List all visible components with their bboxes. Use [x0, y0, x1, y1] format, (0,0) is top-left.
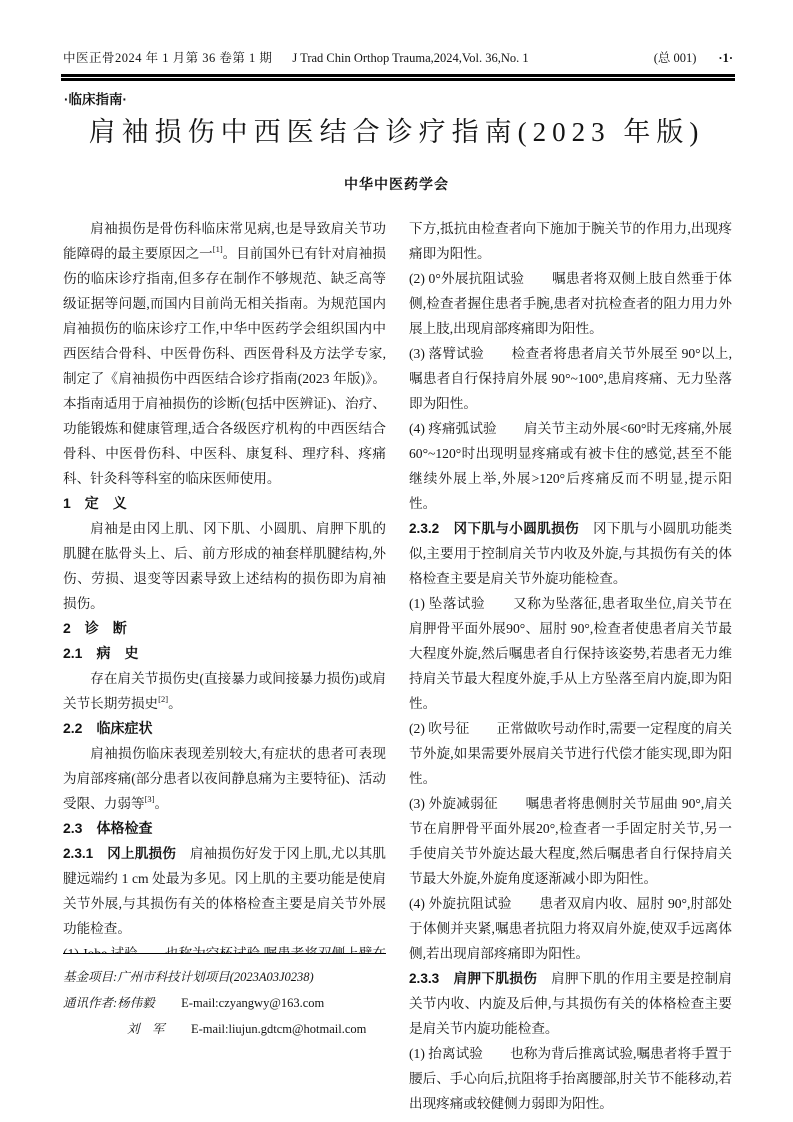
corresponding-author-2-email: E-mail:liujun.gdtcm@hotmail.com: [191, 1022, 366, 1036]
external-rotation-resistance-paragraph: (4) 外旋抗阻试验 患者双肩内收、屈肘 90°,肘部处于体侧并夹紧,嘱患者抗阻…: [409, 891, 732, 966]
infraspinatus-paragraph: 2.3.2 冈下肌与小圆肌损伤 冈下肌与小圆肌功能类似,主要用于控制肩关节内收及…: [409, 516, 732, 591]
subscapularis-heading: 2.3.3 肩胛下肌损伤: [409, 971, 537, 986]
symptoms-text-2: 。: [154, 796, 168, 811]
symptoms-paragraph: 肩袖损伤临床表现差别较大,有症状的患者可表现为肩部疼痛(部分患者以夜间静息痛为主…: [63, 741, 386, 816]
corresponding-label: 通讯作者:: [63, 996, 117, 1010]
section-heading-physical-exam: 2.3 体格检查: [63, 816, 386, 841]
abduction-resistance-test-paragraph: (2) 0°外展抗阻试验 嘱患者将双侧上肢自然垂于体侧,检查者握住患者手腕,患者…: [409, 266, 732, 341]
article-title: 肩袖损伤中西医结合诊疗指南(2023 年版): [0, 110, 793, 149]
page-number: ·1·: [718, 51, 733, 66]
page-header: 中医正骨2024 年 1 月第 36 卷第 1 期 J Trad Chin Or…: [63, 48, 733, 66]
header-right-group: (总 001) ·1·: [654, 48, 733, 66]
infraspinatus-heading: 2.3.2 冈下肌与小圆肌损伤: [409, 521, 579, 536]
painful-arc-test-paragraph: (4) 疼痛弧试验 肩关节主动外展<60°时无疼痛,外展 60°~120°时出现…: [409, 416, 732, 516]
symptoms-text-1: 肩袖损伤临床表现差别较大,有症状的患者可表现为肩部疼痛(部分患者以夜间静息痛为主…: [63, 746, 386, 811]
section-heading-history: 2.1 病 史: [63, 641, 386, 666]
section-heading-symptoms: 2.2 临床症状: [63, 716, 386, 741]
history-text-1: 存在肩关节损伤史(直接暴力或间接暴力损伤)或肩关节长期劳损史: [63, 671, 386, 711]
corresponding-author-2-name: 刘 军: [127, 1016, 191, 1042]
history-paragraph: 存在肩关节损伤史(直接暴力或间接暴力损伤)或肩关节长期劳损史[2]。: [63, 666, 386, 716]
journal-page: 中医正骨2024 年 1 月第 36 卷第 1 期 J Trad Chin Or…: [0, 0, 793, 1122]
corresponding-author-1-email: E-mail:czyangwy@163.com: [181, 996, 324, 1010]
column-category-label: ·临床指南·: [64, 88, 127, 108]
corresponding-author-line-2: 刘 军E-mail:liujun.gdtcm@hotmail.com: [63, 1016, 386, 1042]
external-rotation-lag-paragraph: (3) 外旋减弱征 嘱患者将患侧肘关节屈曲 90°,肩关节在肩胛骨平面外展20°…: [409, 791, 732, 891]
header-rule: [61, 74, 735, 81]
intro-paragraph: 肩袖损伤是骨伤科临床常见病,也是导致肩关节功能障碍的最主要原因之一[1]。目前国…: [63, 216, 386, 491]
drop-sign-test-paragraph: (1) 坠落试验 又称为坠落征,患者取坐位,肩关节在肩胛骨平面外展90°、屈肘 …: [409, 591, 732, 716]
history-text-2: 。: [168, 696, 182, 711]
footnote-block: 基金项目:广州市科技计划项目(2023A03J0238) 通讯作者:杨伟毅E-m…: [63, 953, 386, 1042]
reference-marker-3: [3]: [145, 794, 155, 804]
reference-marker-2: [2]: [158, 694, 168, 704]
corresponding-author-1-name: 杨伟毅: [117, 990, 181, 1016]
fund-label: 基金项目:: [63, 970, 117, 984]
corresponding-author-line-1: 通讯作者:杨伟毅E-mail:czyangwy@163.com: [63, 990, 386, 1016]
intro-text-2: 。目前国外已有针对肩袖损伤的临床诊疗指南,但多存在制作不够规范、缺乏高等级证据等…: [63, 246, 386, 486]
footnote-rule: [63, 953, 386, 954]
fund-value: 广州市科技计划项目(2023A03J0238): [117, 970, 314, 984]
section-heading-definition: 1 定 义: [63, 491, 386, 516]
left-column: 肩袖损伤是骨伤科临床常见病,也是导致肩关节功能障碍的最主要原因之一[1]。目前国…: [63, 216, 386, 953]
article-author: 中华中医药学会: [0, 174, 793, 194]
lift-off-test-paragraph: (1) 抬离试验 也称为背后推离试验,嘱患者将手置于腰后、手心向后,抗阻将手抬离…: [409, 1041, 732, 1116]
jobe-test-paragraph: (1) Jobe 试验 也称为空杯试验,嘱患者将双侧上臂在肩胛骨平面内维持外展 …: [63, 941, 386, 953]
section-heading-diagnosis: 2 诊 断: [63, 616, 386, 641]
journal-title-cn: 中医正骨2024 年 1 月第 36 卷第 1 期: [63, 48, 272, 66]
bugle-sign-paragraph: (2) 吹号征 正常做吹号动作时,需要一定程度的肩关节外旋,如果需要外展肩关节进…: [409, 716, 732, 791]
journal-title-en: J Trad Chin Orthop Trauma,2024,Vol. 36,N…: [292, 51, 528, 66]
header-left-group: 中医正骨2024 年 1 月第 36 卷第 1 期 J Trad Chin Or…: [63, 48, 529, 66]
supraspinatus-heading: 2.3.1 冈上肌损伤: [63, 846, 176, 861]
supraspinatus-paragraph: 2.3.1 冈上肌损伤 肩袖损伤好发于冈上肌,尤以其肌腱远端约 1 cm 处最为…: [63, 841, 386, 941]
drop-arm-test-paragraph: (3) 落臂试验 检查者将患者肩关节外展至 90°以上,嘱患者自行保持肩外展 9…: [409, 341, 732, 416]
reference-marker-1: [1]: [213, 244, 223, 254]
subscapularis-paragraph: 2.3.3 肩胛下肌损伤 肩胛下肌的作用主要是控制肩关节内收、内旋及后伸,与其损…: [409, 966, 732, 1041]
issue-number: (总 001): [654, 48, 697, 66]
right-column: 下方,抵抗由检查者向下施加于腕关节的作用力,出现疼痛即为阳性。 (2) 0°外展…: [409, 216, 732, 1116]
definition-paragraph: 肩袖是由冈上肌、冈下肌、小圆肌、肩胛下肌的肌腱在肱骨头上、后、前方形成的袖套样肌…: [63, 516, 386, 616]
fund-line: 基金项目:广州市科技计划项目(2023A03J0238): [63, 964, 386, 990]
jobe-continuation-paragraph: 下方,抵抗由检查者向下施加于腕关节的作用力,出现疼痛即为阳性。: [409, 216, 732, 266]
